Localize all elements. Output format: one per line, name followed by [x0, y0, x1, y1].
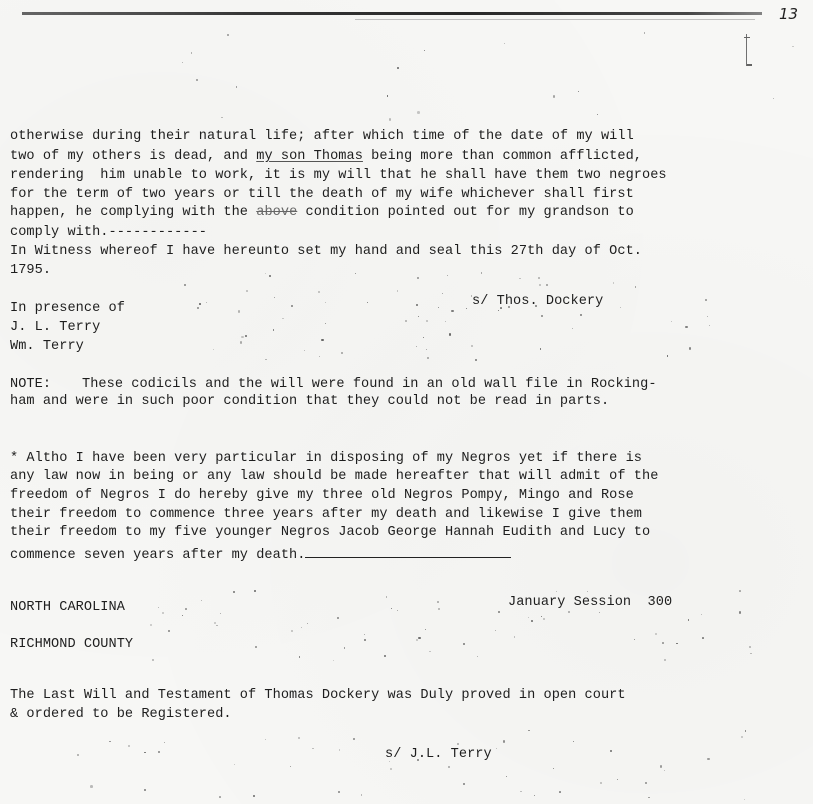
- note-line-1: These codicils and the will were found i…: [82, 378, 657, 392]
- clerk-signature: s/ J.L. Terry: [385, 748, 492, 762]
- codicil-line-1: * Altho I have been very particular in d…: [10, 452, 642, 466]
- note-line-2: ham and were in such poor condition that…: [10, 395, 609, 409]
- top-rule: [22, 12, 762, 15]
- codicil-line-2: any law now in being or any law should b…: [10, 470, 658, 484]
- probate-line-1: The Last Will and Testament of Thomas Do…: [10, 689, 626, 703]
- will-line-2-rest: being more than common afflicted,: [363, 149, 642, 164]
- will-line-5: happen, he complying with the above cond…: [10, 206, 634, 220]
- document-page: 13 otherwise during their natural life; …: [0, 0, 813, 804]
- struck-word: above: [256, 205, 297, 220]
- note-label: NOTE:: [10, 378, 51, 392]
- probate-line-2: & ordered to be Registered.: [10, 708, 232, 722]
- will-line-4: for the term of two years or till the de…: [10, 188, 634, 202]
- testator-signature: s/ Thos. Dockery: [472, 295, 603, 309]
- margin-mark: [746, 34, 753, 66]
- will-line-5-start: happen, he complying with the: [10, 205, 256, 220]
- codicil-line-5: their freedom to my five younger Negros …: [10, 526, 650, 540]
- underlined-son-thomas: my son Thomas: [256, 149, 363, 164]
- will-line-8: 1795.: [10, 264, 51, 278]
- presence-label: In presence of: [10, 302, 125, 316]
- state-heading: NORTH CAROLINA: [10, 601, 125, 615]
- codicil-line-3: freedom of Negros I do hereby give my th…: [10, 489, 634, 503]
- will-line-1: otherwise during their natural life; aft…: [10, 130, 634, 144]
- codicil-line-6-text: commence seven years after my death.: [10, 548, 305, 563]
- witness-2: Wm. Terry: [10, 340, 84, 354]
- will-line-6: comply with.------------: [10, 226, 207, 240]
- session-label: January Session 300: [508, 596, 672, 610]
- page-number: 13: [779, 5, 798, 23]
- will-line-2-start: two of my others is dead, and: [10, 149, 256, 164]
- top-rule-secondary: [355, 19, 755, 20]
- county-heading: RICHMOND COUNTY: [10, 638, 133, 652]
- will-line-2: two of my others is dead, and my son Tho…: [10, 150, 642, 164]
- will-line-3: rendering him unable to work, it is my w…: [10, 169, 667, 183]
- codicil-line-6: commence seven years after my death.: [10, 545, 511, 563]
- witness-1: J. L. Terry: [10, 321, 100, 335]
- will-line-7: In Witness whereof I have hereunto set m…: [10, 245, 642, 259]
- will-line-5-rest: condition pointed out for my grandson to: [297, 205, 634, 220]
- fill-in-line: [305, 545, 511, 558]
- codicil-line-4: their freedom to commence three years af…: [10, 508, 642, 522]
